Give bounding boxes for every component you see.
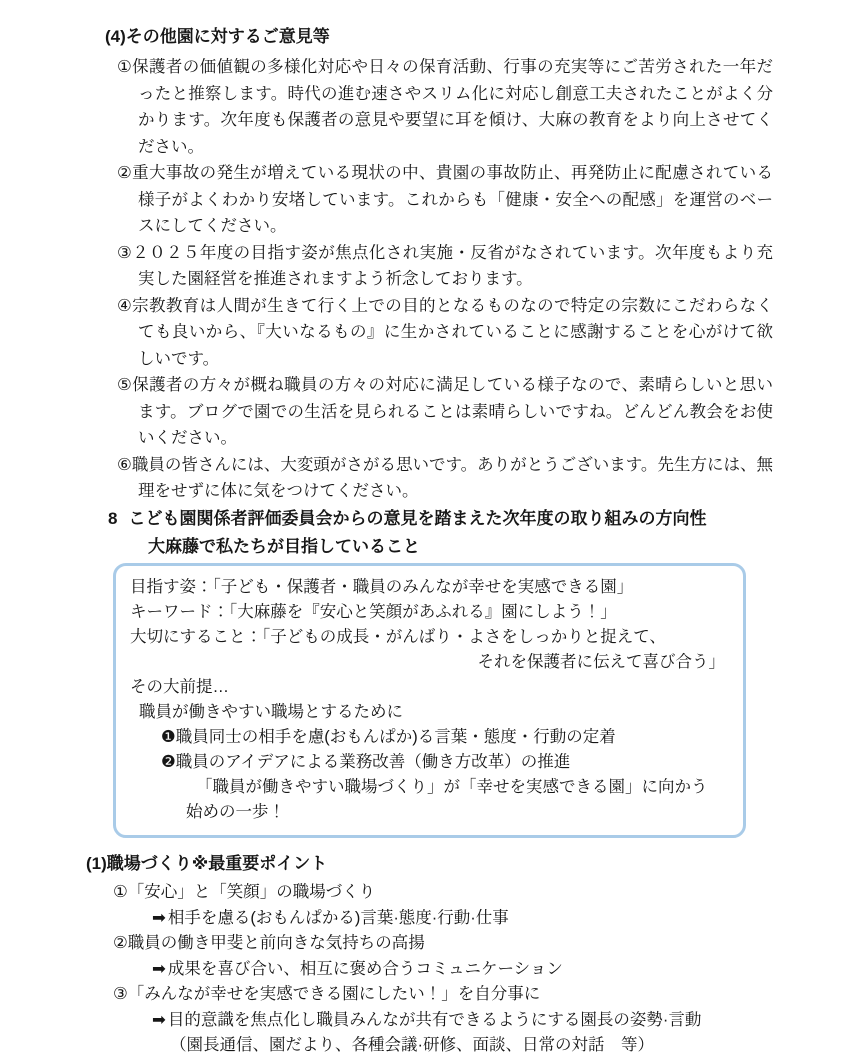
opinion-item-2: ②重大事故の発生が増えている現状の中、貴園の事故防止、再発防止に配慮されている様… bbox=[117, 160, 773, 240]
arrow-text: 目的意識を焦点化し職員みんなが共有できるようにする園長の姿勢·言動 bbox=[168, 1011, 702, 1029]
section-number: 8 bbox=[108, 506, 117, 532]
item-text: 職員の働き甲斐と前向きな気持ちの高揚 bbox=[128, 934, 425, 952]
right-arrow-icon: ➡ bbox=[152, 909, 166, 927]
document-page: (4)その他園に対するご意見等 ①保護者の価値観の多様化対応や日々の保育活動、行… bbox=[0, 0, 850, 1058]
item-marker: ⑥ bbox=[117, 456, 132, 474]
arrow-text: 成果を喜び合い、相互に褒め合うコミュニケーション bbox=[168, 960, 563, 978]
workplace-heading: (1)職場づくり※最重要ポイント bbox=[86, 851, 802, 877]
item-text: ２０２５年度の目指す姿が焦点化され実施・反省がなされています。次年度もより充実し… bbox=[132, 244, 773, 289]
workplace-item-1: ①「安心」と「笑顔」の職場づくり bbox=[113, 880, 802, 906]
item-text: 「安心」と「笑顔」の職場づくり bbox=[128, 883, 376, 901]
right-arrow-icon: ➡ bbox=[152, 1011, 166, 1029]
workplace-item-2: ②職員の働き甲斐と前向きな気持ちの高揚 bbox=[113, 931, 802, 957]
section-subtitle: 大麻藤で私たちが目指していること bbox=[148, 534, 798, 560]
item-text: 宗教教育は人間が生きて行く上での目的となるものなので特定の宗数にこだわらなくても… bbox=[132, 297, 773, 368]
item-marker: ④ bbox=[117, 297, 132, 315]
goal-line-premise: その大前提… bbox=[130, 675, 729, 700]
item-marker: ① bbox=[113, 883, 128, 901]
goals-box: 目指す姿：「子ども・保護者・職員のみんなが幸せを実感できる園」 キーワード：「大… bbox=[113, 563, 746, 838]
workplace-arrow-2: ➡成果を喜び合い、相互に褒め合うコミュニケーション bbox=[152, 957, 802, 983]
opinion-item-4: ④宗教教育は人間が生きて行く上での目的となるものなので特定の宗数にこだわらなくて… bbox=[117, 293, 773, 373]
workplace-arrow-3: ➡目的意識を焦点化し職員みんなが共有できるようにする園長の姿勢·言動 bbox=[152, 1008, 802, 1034]
item-text: 職員の皆さんには、大変頭がさがる思いです。ありがとうございます。先生方には、無理… bbox=[132, 456, 773, 501]
item-text: 重大事故の発生が増えている現状の中、貴園の事故防止、再発防止に配慮されている様子… bbox=[132, 164, 773, 235]
goal-line-workplace: 職員が働きやすい職場とするために bbox=[130, 700, 729, 725]
item-text: 「みんなが幸せを実感できる園にしたい！」を自分事に bbox=[128, 985, 541, 1003]
goal-line-value-cont: それを保護者に伝えて喜び合う」 bbox=[130, 650, 729, 675]
workplace-arrow-1: ➡相手を慮る(おもんぱかる)言葉·態度·行動·仕事 bbox=[152, 906, 802, 932]
workplace-section: (1)職場づくり※最重要ポイント ①「安心」と「笑顔」の職場づくり ➡相手を慮る… bbox=[86, 851, 802, 1058]
section-title: こども園関係者評価委員会からの意見を踏まえた次年度の取り組みの方向性 bbox=[128, 506, 706, 532]
opinions-section: (4)その他園に対するご意見等 ①保護者の価値観の多様化対応や日々の保育活動、行… bbox=[105, 24, 773, 505]
next-year-heading: 8 こども園関係者評価委員会からの意見を踏まえた次年度の取り組みの方向性 bbox=[108, 506, 798, 532]
item-marker: ③ bbox=[117, 244, 132, 262]
item-marker: ⑤ bbox=[117, 376, 132, 394]
arrow-text: 相手を慮る(おもんぱかる)言葉·態度·行動·仕事 bbox=[168, 909, 509, 927]
right-arrow-icon: ➡ bbox=[152, 960, 166, 978]
goal-line-first-step: 始めの一歩！ bbox=[130, 800, 729, 825]
item-marker: ② bbox=[113, 934, 128, 952]
goal-line-value: 大切にすること：「子どもの成長・がんばり・よさをしっかりと捉えて、 bbox=[130, 625, 729, 650]
opinion-item-3: ③２０２５年度の目指す姿が焦点化され実施・反省がなされています。次年度もより充実… bbox=[117, 240, 773, 293]
opinion-item-5: ⑤保護者の方々が概ね職員の方々の対応に満足している様子なので、素晴らしいと思いま… bbox=[117, 372, 773, 452]
item-text: 保護者の方々が概ね職員の方々の対応に満足している様子なので、素晴らしいと思います… bbox=[132, 376, 773, 447]
item-marker: ② bbox=[117, 164, 132, 182]
next-year-section: 8 こども園関係者評価委員会からの意見を踏まえた次年度の取り組みの方向性 大麻藤… bbox=[108, 506, 798, 560]
goal-line-bullet-1: ❶職員同士の相手を慮(おもんぱか)る言葉・態度・行動の定着 bbox=[130, 725, 729, 750]
goal-line-summary: 「職員が働きやすい職場づくり」が「幸せを実感できる園」に向かう bbox=[130, 775, 729, 800]
goal-line-bullet-2: ❷職員のアイデアによる業務改善（働き方改革）の推進 bbox=[130, 750, 729, 775]
opinion-item-6: ⑥職員の皆さんには、大変頭がさがる思いです。ありがとうございます。先生方には、無… bbox=[117, 452, 773, 505]
opinion-item-1: ①保護者の価値観の多様化対応や日々の保育活動、行事の充実等にご苦労された一年だっ… bbox=[117, 54, 773, 160]
opinions-heading: (4)その他園に対するご意見等 bbox=[105, 24, 773, 50]
item-marker: ① bbox=[117, 58, 132, 76]
item-marker: ③ bbox=[113, 985, 128, 1003]
goal-line-vision: 目指す姿：「子ども・保護者・職員のみんなが幸せを実感できる園」 bbox=[130, 575, 729, 600]
workplace-item-3: ③「みんなが幸せを実感できる園にしたい！」を自分事に bbox=[113, 982, 802, 1008]
item-text: 保護者の価値観の多様化対応や日々の保育活動、行事の充実等にご苦労された一年だった… bbox=[132, 58, 773, 156]
workplace-note: （園長通信、園だより、各種会議·研修、面談、日常の対話 等） bbox=[170, 1033, 802, 1058]
goal-line-keyword: キーワード：「大麻藤を『安心と笑顔があふれる』園にしよう！」 bbox=[130, 600, 729, 625]
